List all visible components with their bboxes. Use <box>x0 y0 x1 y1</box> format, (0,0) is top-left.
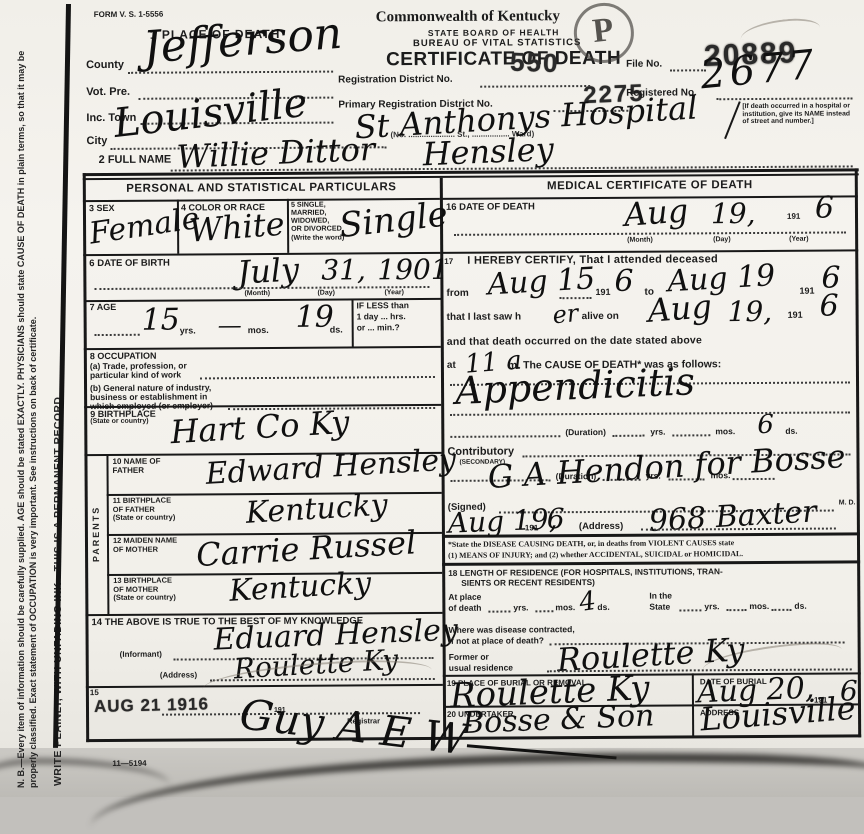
dod-month-value: Aug <box>623 194 689 231</box>
last-seen-month: Aug <box>646 290 712 327</box>
sex-label: 3 SEX <box>89 203 115 213</box>
date-of-birth-label: 6 DATE OF BIRTH <box>89 258 170 269</box>
occupation-a-rule <box>200 376 435 379</box>
contracted-label1: Where was disease contracted, <box>448 624 574 635</box>
birthplace-value: Hart Co Ky <box>170 406 351 448</box>
certify-line4: and that death occurred on the date stat… <box>447 334 702 348</box>
hospital-note: [If death occurred in a hospital or inst… <box>742 102 856 125</box>
residence-days-value: 4 <box>578 588 598 616</box>
age-yrs-label: yrs. <box>180 325 196 335</box>
death-certificate-form: FORM V. S. 1-5556 1 PLACE OF DEATH Commo… <box>0 0 864 797</box>
rule <box>442 560 860 566</box>
rule <box>726 609 746 611</box>
violent-causes-note1: *State the DISEASE CAUSING DEATH, or, in… <box>448 538 734 549</box>
age-label: 7 AGE <box>90 302 117 312</box>
md-label: M. D. <box>839 499 856 506</box>
personal-section-title: PERSONAL AND STATISTICAL PARTICULARS <box>83 181 440 195</box>
from-year-printed: 191 <box>595 287 610 297</box>
mother-birthplace-value: Kentucky <box>229 569 373 607</box>
registered-no-rule <box>716 97 852 100</box>
state-ds: ds. <box>794 601 806 611</box>
certify-from-label: from <box>446 288 468 299</box>
physician-address-value: 968 Baxter <box>648 497 817 537</box>
informant-address-label: (Address) <box>160 670 197 679</box>
dob-year-value: 1901 <box>377 256 448 284</box>
signed-year-value: 6 <box>547 505 565 533</box>
registration-district-label: Registration District No. <box>338 74 453 86</box>
dod-year-printed: 191 <box>787 212 800 221</box>
file-no-label: File No. <box>626 59 662 70</box>
county-value: Jefferson <box>142 12 344 71</box>
undertaker-value: Bosse & Son <box>462 701 655 739</box>
age-days-value: 19 <box>296 303 334 333</box>
dob-month-caption: (Month) <box>244 290 270 297</box>
dod-day-caption: (Day) <box>713 236 731 243</box>
rule <box>679 609 701 611</box>
medical-section-title: MEDICAL CERTIFICATE OF DEATH <box>443 178 857 193</box>
mother-maiden-label: 12 MAIDEN NAME OF MOTHER <box>113 537 177 554</box>
marital-label: 5 SINGLE, MARRIED, WIDOWED, OR DIVORCED <box>291 201 342 233</box>
last-seen-day: 19, <box>728 298 773 326</box>
physician-signature: G A Hendon for Bosse <box>487 440 846 493</box>
attended-from-date: Aug 15 <box>487 264 596 300</box>
signed-year-printed: 191 <box>525 523 538 532</box>
parents-vertical-label: PARENTS <box>91 506 101 562</box>
birthplace-sub-label: (State or country) <box>90 418 148 425</box>
form-code: FORM V. S. 1-5556 <box>94 10 164 19</box>
father-name-label: 10 NAME OF FATHER <box>112 457 160 475</box>
her-value: er <box>552 301 580 327</box>
district-550-stamp: 550 <box>510 47 560 79</box>
last-seen-year-printed: 191 <box>788 310 803 320</box>
cause-of-death-value: Appendicitis <box>454 362 695 410</box>
mother-birthplace-label: 13 BIRTHPLACE OF MOTHER (State or countr… <box>113 577 176 603</box>
duration-label: (Duration) <box>565 427 606 437</box>
rule <box>855 168 861 737</box>
alive-on-label: alive on <box>582 311 619 322</box>
dob-year-caption: (Year) <box>384 289 404 296</box>
duration-ds-label: ds. <box>785 426 797 436</box>
full-name-first: Willie Dittor <box>176 133 376 173</box>
rule <box>84 346 441 350</box>
to-year-printed: 191 <box>799 286 814 296</box>
hand-slash-mark <box>724 101 741 139</box>
father-birthplace-value: Kentucky <box>245 491 389 529</box>
race-value: White <box>188 208 286 247</box>
at-place-label2: of death <box>448 603 481 613</box>
physician-address-label: (Address) <box>579 521 623 532</box>
rule <box>83 173 89 742</box>
county-label: County <box>86 59 124 71</box>
city-label: City <box>86 135 107 147</box>
registered-no-label: Registered No. <box>626 87 697 98</box>
age-rule <box>95 334 140 336</box>
dob-day-caption: (Day) <box>317 290 335 297</box>
rule <box>771 609 791 611</box>
in-the-label: In the <box>649 591 672 601</box>
rule <box>612 435 644 437</box>
rule <box>450 435 560 438</box>
former-label1: Former or <box>449 652 489 662</box>
rule <box>692 673 694 736</box>
dod-year-caption: (Year) <box>789 236 809 243</box>
occupation-a2: particular kind of work <box>90 370 181 381</box>
father-name-value: Edward Hensley <box>205 445 457 490</box>
state-yrs: yrs. <box>704 601 719 611</box>
state-label: State <box>649 602 670 612</box>
dod-rule <box>454 231 846 235</box>
duration-mos-label: mos. <box>715 426 735 436</box>
residence-label2: SIENTS OR RECENT RESIDENTS) <box>461 577 595 588</box>
rule <box>535 610 553 612</box>
at-place-yrs: yrs. <box>513 602 528 612</box>
date-of-death-label: 16 DATE OF DEATH <box>446 201 535 213</box>
registrar-signature-text: Guy A E W <box>237 689 470 764</box>
state-mos: mos. <box>749 601 769 611</box>
marital-value: Single <box>337 197 449 243</box>
occupation-label: 8 OCCUPATION <box>90 351 157 361</box>
violent-causes-note2: (1) MEANS OF INJURY; and (2) whether ACC… <box>448 549 743 560</box>
full-name-label: 2 FULL NAME <box>99 154 172 166</box>
registration-district-rule <box>480 85 590 88</box>
father-birthplace-label: 11 BIRTHPLACE OF FATHER (State or countr… <box>113 497 176 523</box>
registered-no-value: 2677 <box>699 45 820 96</box>
signed-date-value: Aug 19, <box>447 505 558 537</box>
at-place-mos: mos. <box>555 602 575 612</box>
age-months-value: — <box>218 313 242 337</box>
at-place-ds: ds. <box>597 602 609 612</box>
informant-label: (Informant) <box>120 650 162 659</box>
age-years-value: 15 <box>142 306 180 336</box>
contracted-label2: if not at place of death? <box>449 635 544 646</box>
rule <box>488 611 510 613</box>
marital-sub-label: (Write the word) <box>291 235 344 242</box>
rule <box>287 199 289 253</box>
age-mos-label: mos. <box>248 325 269 335</box>
full-name-last: Hensley <box>422 133 554 170</box>
dob-day-value: 31, <box>321 256 366 284</box>
former-label2: usual residence <box>449 662 513 672</box>
commonwealth-title: Commonwealth of Kentucky <box>376 8 560 26</box>
voting-precinct-label: Vot. Pre. <box>86 86 130 98</box>
duration-yrs-label: yrs. <box>650 427 665 437</box>
age-ds-label: ds. <box>330 325 343 335</box>
p-stamp-letter: P <box>591 11 616 51</box>
dod-month-caption: (Month) <box>627 237 653 244</box>
certify-num-label: 17 <box>444 257 453 266</box>
filed-num-label: 15 <box>90 688 99 697</box>
rule <box>352 298 354 346</box>
if-less-label: IF LESS than 1 day ... hrs. or ... min.? <box>357 300 410 333</box>
dob-month-value: July <box>236 253 300 289</box>
from-year-value: 6 <box>614 267 633 297</box>
dod-year-value: 6 <box>815 194 834 224</box>
duration-days-value: 6 <box>757 412 774 438</box>
last-seen-year: 6 <box>819 292 838 322</box>
dod-day-value: 19, <box>711 200 756 228</box>
rule <box>672 434 710 436</box>
last-saw-label: that I last saw h <box>447 311 522 322</box>
cause-rule2 <box>450 411 850 415</box>
at-place-label1: At place <box>448 592 481 602</box>
